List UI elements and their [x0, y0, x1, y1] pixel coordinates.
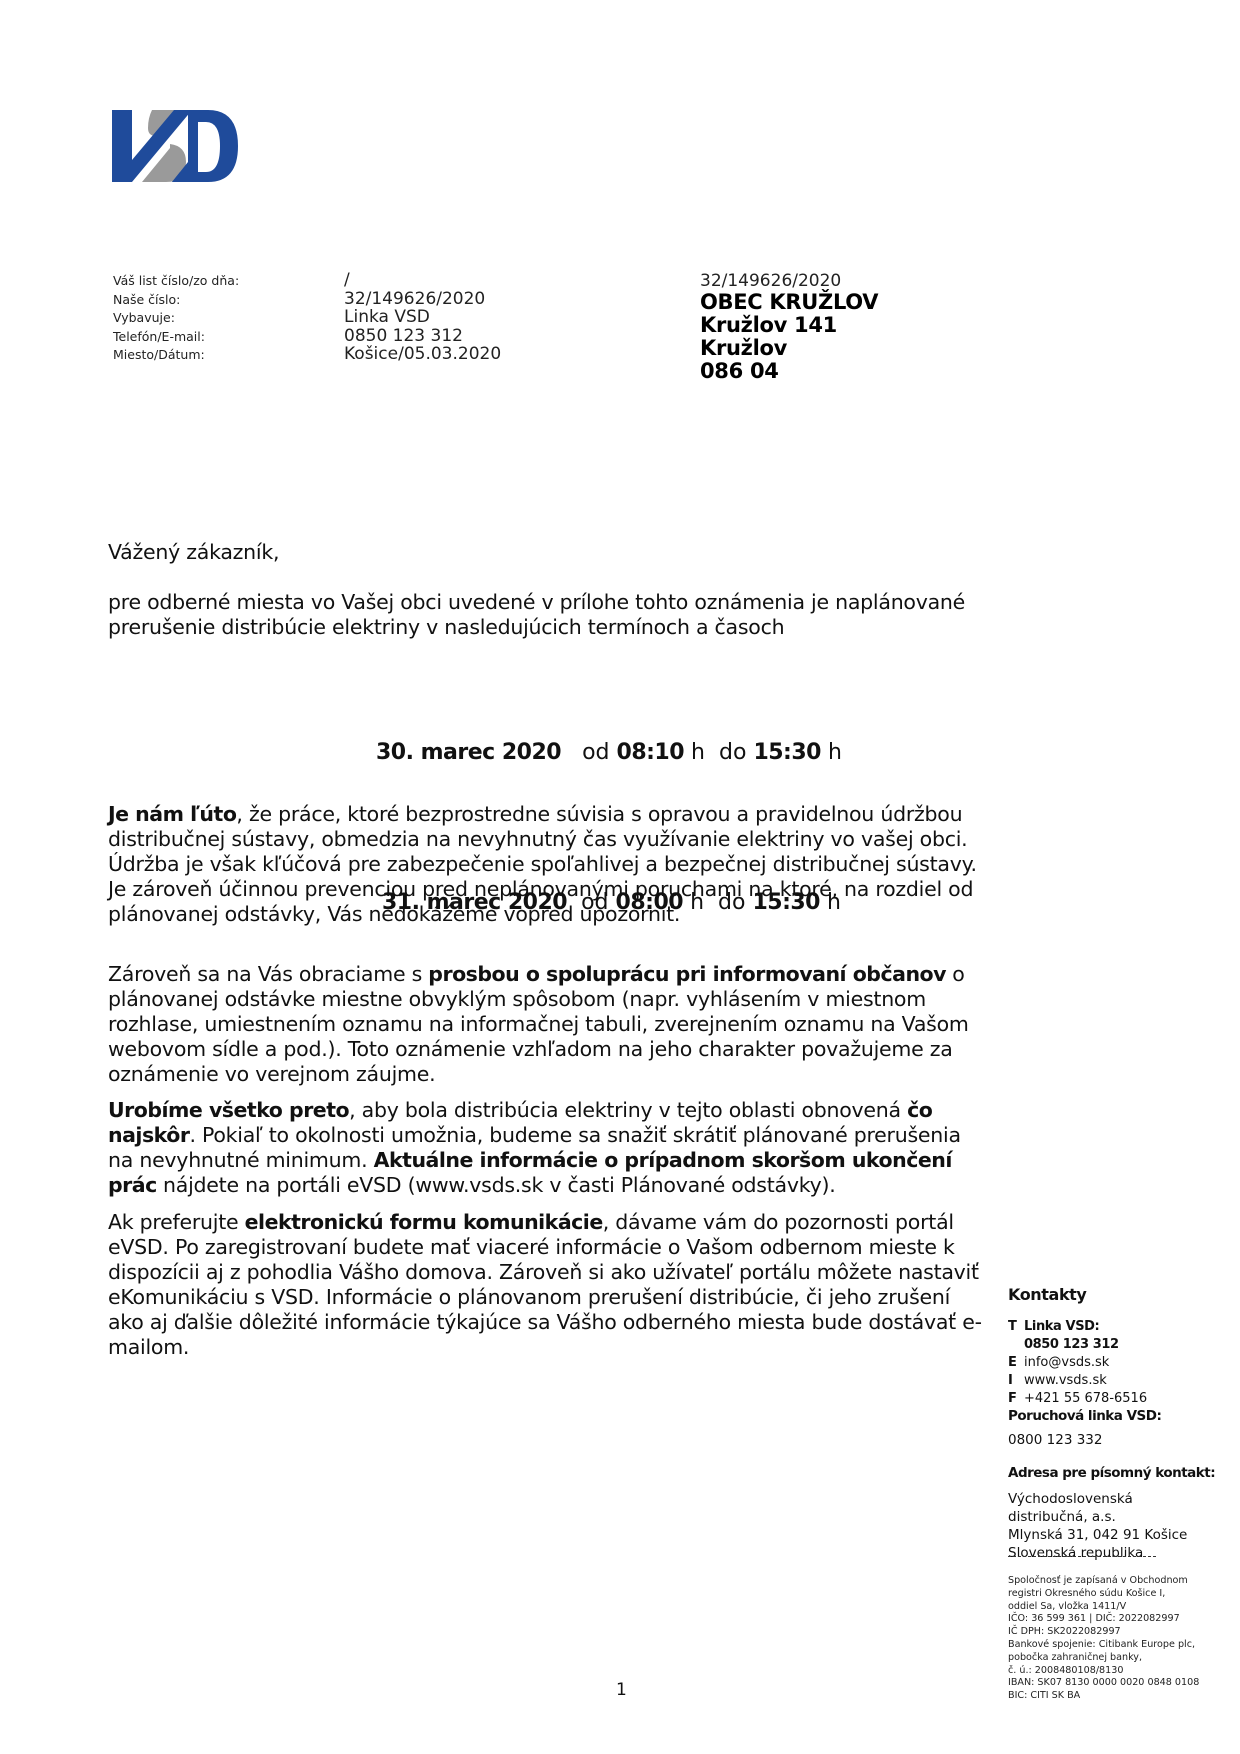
vsd-logo-icon [112, 110, 238, 182]
ref-value-phone-email: 0850 123 312 [344, 327, 501, 346]
fax-value: +421 55 678-6516 [1024, 1391, 1147, 1406]
contacts-list: TLinka VSD: 0850 123 312 Einfo@vsds.sk I… [1008, 1318, 1218, 1408]
emphasis-text: elektronickú formu komunikácie [245, 1210, 603, 1234]
legal-info: Spoločnosť je zapísaná v Obchodnom regis… [1008, 1575, 1218, 1703]
address-line: distribučná, a.s. [1008, 1508, 1218, 1526]
ref-value-your-letter: / [344, 271, 501, 290]
contact-web: Iwww.vsds.sk [1008, 1372, 1218, 1390]
from-label: od [582, 740, 609, 765]
greeting: Vážený zákazník, [108, 540, 988, 565]
reference-labels: Váš list číslo/zo dňa: Naše číslo: Vybav… [113, 272, 239, 365]
paragraph-apology: Je nám ľúto, že práce, ktoré bezprostred… [108, 802, 988, 927]
recipient-address: 32/149626/2020 OBEC KRUŽLOV Kružlov 141 … [700, 271, 878, 383]
outage-to: 15:30 [753, 740, 821, 765]
contact-phone: TLinka VSD: [1008, 1318, 1218, 1336]
paragraph-electronic-communication: Ak preferujte elektronickú formu komunik… [108, 1210, 988, 1360]
ref-value-our-number: 32/149626/2020 [344, 290, 501, 309]
page-number: 1 [616, 1680, 627, 1700]
ref-label-handled-by: Vybavuje: [113, 309, 239, 328]
body-text: Zároveň sa na Vás obraciame s [108, 962, 428, 986]
legal-line: IBAN: SK07 8130 0000 0020 0848 0108 [1008, 1677, 1218, 1690]
web-link[interactable]: www.vsds.sk [1024, 1373, 1107, 1388]
paragraph-cooperation: Zároveň sa na Vás obraciame s prosbou o … [108, 962, 988, 1087]
emphasis-text: Urobíme všetko preto [108, 1098, 349, 1122]
emphasis-text: Je nám ľúto [108, 802, 236, 826]
reference-values: / 32/149626/2020 Linka VSD 0850 123 312 … [344, 271, 501, 364]
body-text: , že práce, ktoré bezprostredne súvisia … [108, 802, 977, 926]
phone-key: T [1008, 1318, 1024, 1336]
emphasis-text: prosbou o spoluprácu pri informovaní obč… [428, 962, 946, 986]
unit-label: h [691, 740, 705, 765]
vsd-logo [112, 110, 238, 182]
recipient-postal-code: 086 04 [700, 360, 878, 383]
fault-line-value[interactable]: 0800 123 332 [1008, 1432, 1218, 1448]
contact-email: Einfo@vsds.sk [1008, 1354, 1218, 1372]
phone-label: Linka VSD: [1024, 1319, 1099, 1334]
recipient-street: Kružlov 141 [700, 314, 878, 337]
legal-line: registri Okresného súdu Košice I, [1008, 1588, 1218, 1601]
body-text: Ak preferujte [108, 1210, 245, 1234]
legal-line: pobočka zahraničnej banky, [1008, 1652, 1218, 1665]
address-line: Východoslovenská [1008, 1490, 1218, 1508]
legal-line: IČ DPH: SK2022082997 [1008, 1626, 1218, 1639]
paragraph-restoration: Urobíme všetko preto, aby bola distribúc… [108, 1098, 988, 1198]
intro-paragraph: pre odberné miesta vo Vašej obci uvedené… [108, 590, 968, 640]
ref-label-phone-email: Telefón/E-mail: [113, 328, 239, 347]
ref-value-handled-by: Linka VSD [344, 308, 501, 327]
fault-line-label: Poruchová linka VSD: [1008, 1408, 1218, 1424]
legal-line: oddiel Sa, vložka 1411/V [1008, 1601, 1218, 1614]
ref-label-your-letter: Váš list číslo/zo dňa: [113, 272, 239, 291]
body-text: , aby bola distribúcia elektriny v tejto… [349, 1098, 907, 1122]
legal-line: Spoločnosť je zapísaná v Obchodnom [1008, 1575, 1218, 1588]
ref-value-place-date: Košice/05.03.2020 [344, 345, 501, 364]
sidebar-divider [1008, 1556, 1156, 1557]
unit-label: h [828, 740, 842, 765]
email-link[interactable]: info@vsds.sk [1024, 1355, 1109, 1370]
legal-line: IČO: 36 599 361 | DIČ: 2022082997 [1008, 1613, 1218, 1626]
recipient-reference-number: 32/149626/2020 [700, 271, 878, 291]
outage-date: 30. marec 2020 [376, 740, 561, 765]
to-label: do [719, 740, 746, 765]
contact-fax: F+421 55 678-6516 [1008, 1390, 1218, 1408]
phone-value[interactable]: 0850 123 312 [1008, 1336, 1218, 1354]
legal-line: BIC: CITI SK BA [1008, 1690, 1218, 1703]
legal-line: Bankové spojenie: Citibank Europe plc, [1008, 1639, 1218, 1652]
legal-line: č. ú.: 2008480108/8130 [1008, 1665, 1218, 1678]
ref-label-our-number: Naše číslo: [113, 291, 239, 310]
ref-label-place-date: Miesto/Dátum: [113, 346, 239, 365]
contacts-title: Kontakty [1008, 1285, 1218, 1304]
outage-from: 08:10 [617, 740, 685, 765]
recipient-city: Kružlov [700, 337, 878, 360]
body-text: nájdete na portáli eVSD (www.vsds.sk v č… [157, 1173, 836, 1197]
address-label: Adresa pre písomný kontakt: [1008, 1465, 1218, 1481]
address-block: Východoslovenská distribučná, a.s. Mlyns… [1008, 1490, 1218, 1562]
address-line: Mlynská 31, 042 91 Košice [1008, 1526, 1218, 1544]
address-line: Slovenská republika [1008, 1544, 1218, 1562]
email-key: E [1008, 1354, 1024, 1372]
fax-key: F [1008, 1390, 1024, 1408]
recipient-name: OBEC KRUŽLOV [700, 291, 878, 314]
web-key: I [1008, 1372, 1024, 1390]
